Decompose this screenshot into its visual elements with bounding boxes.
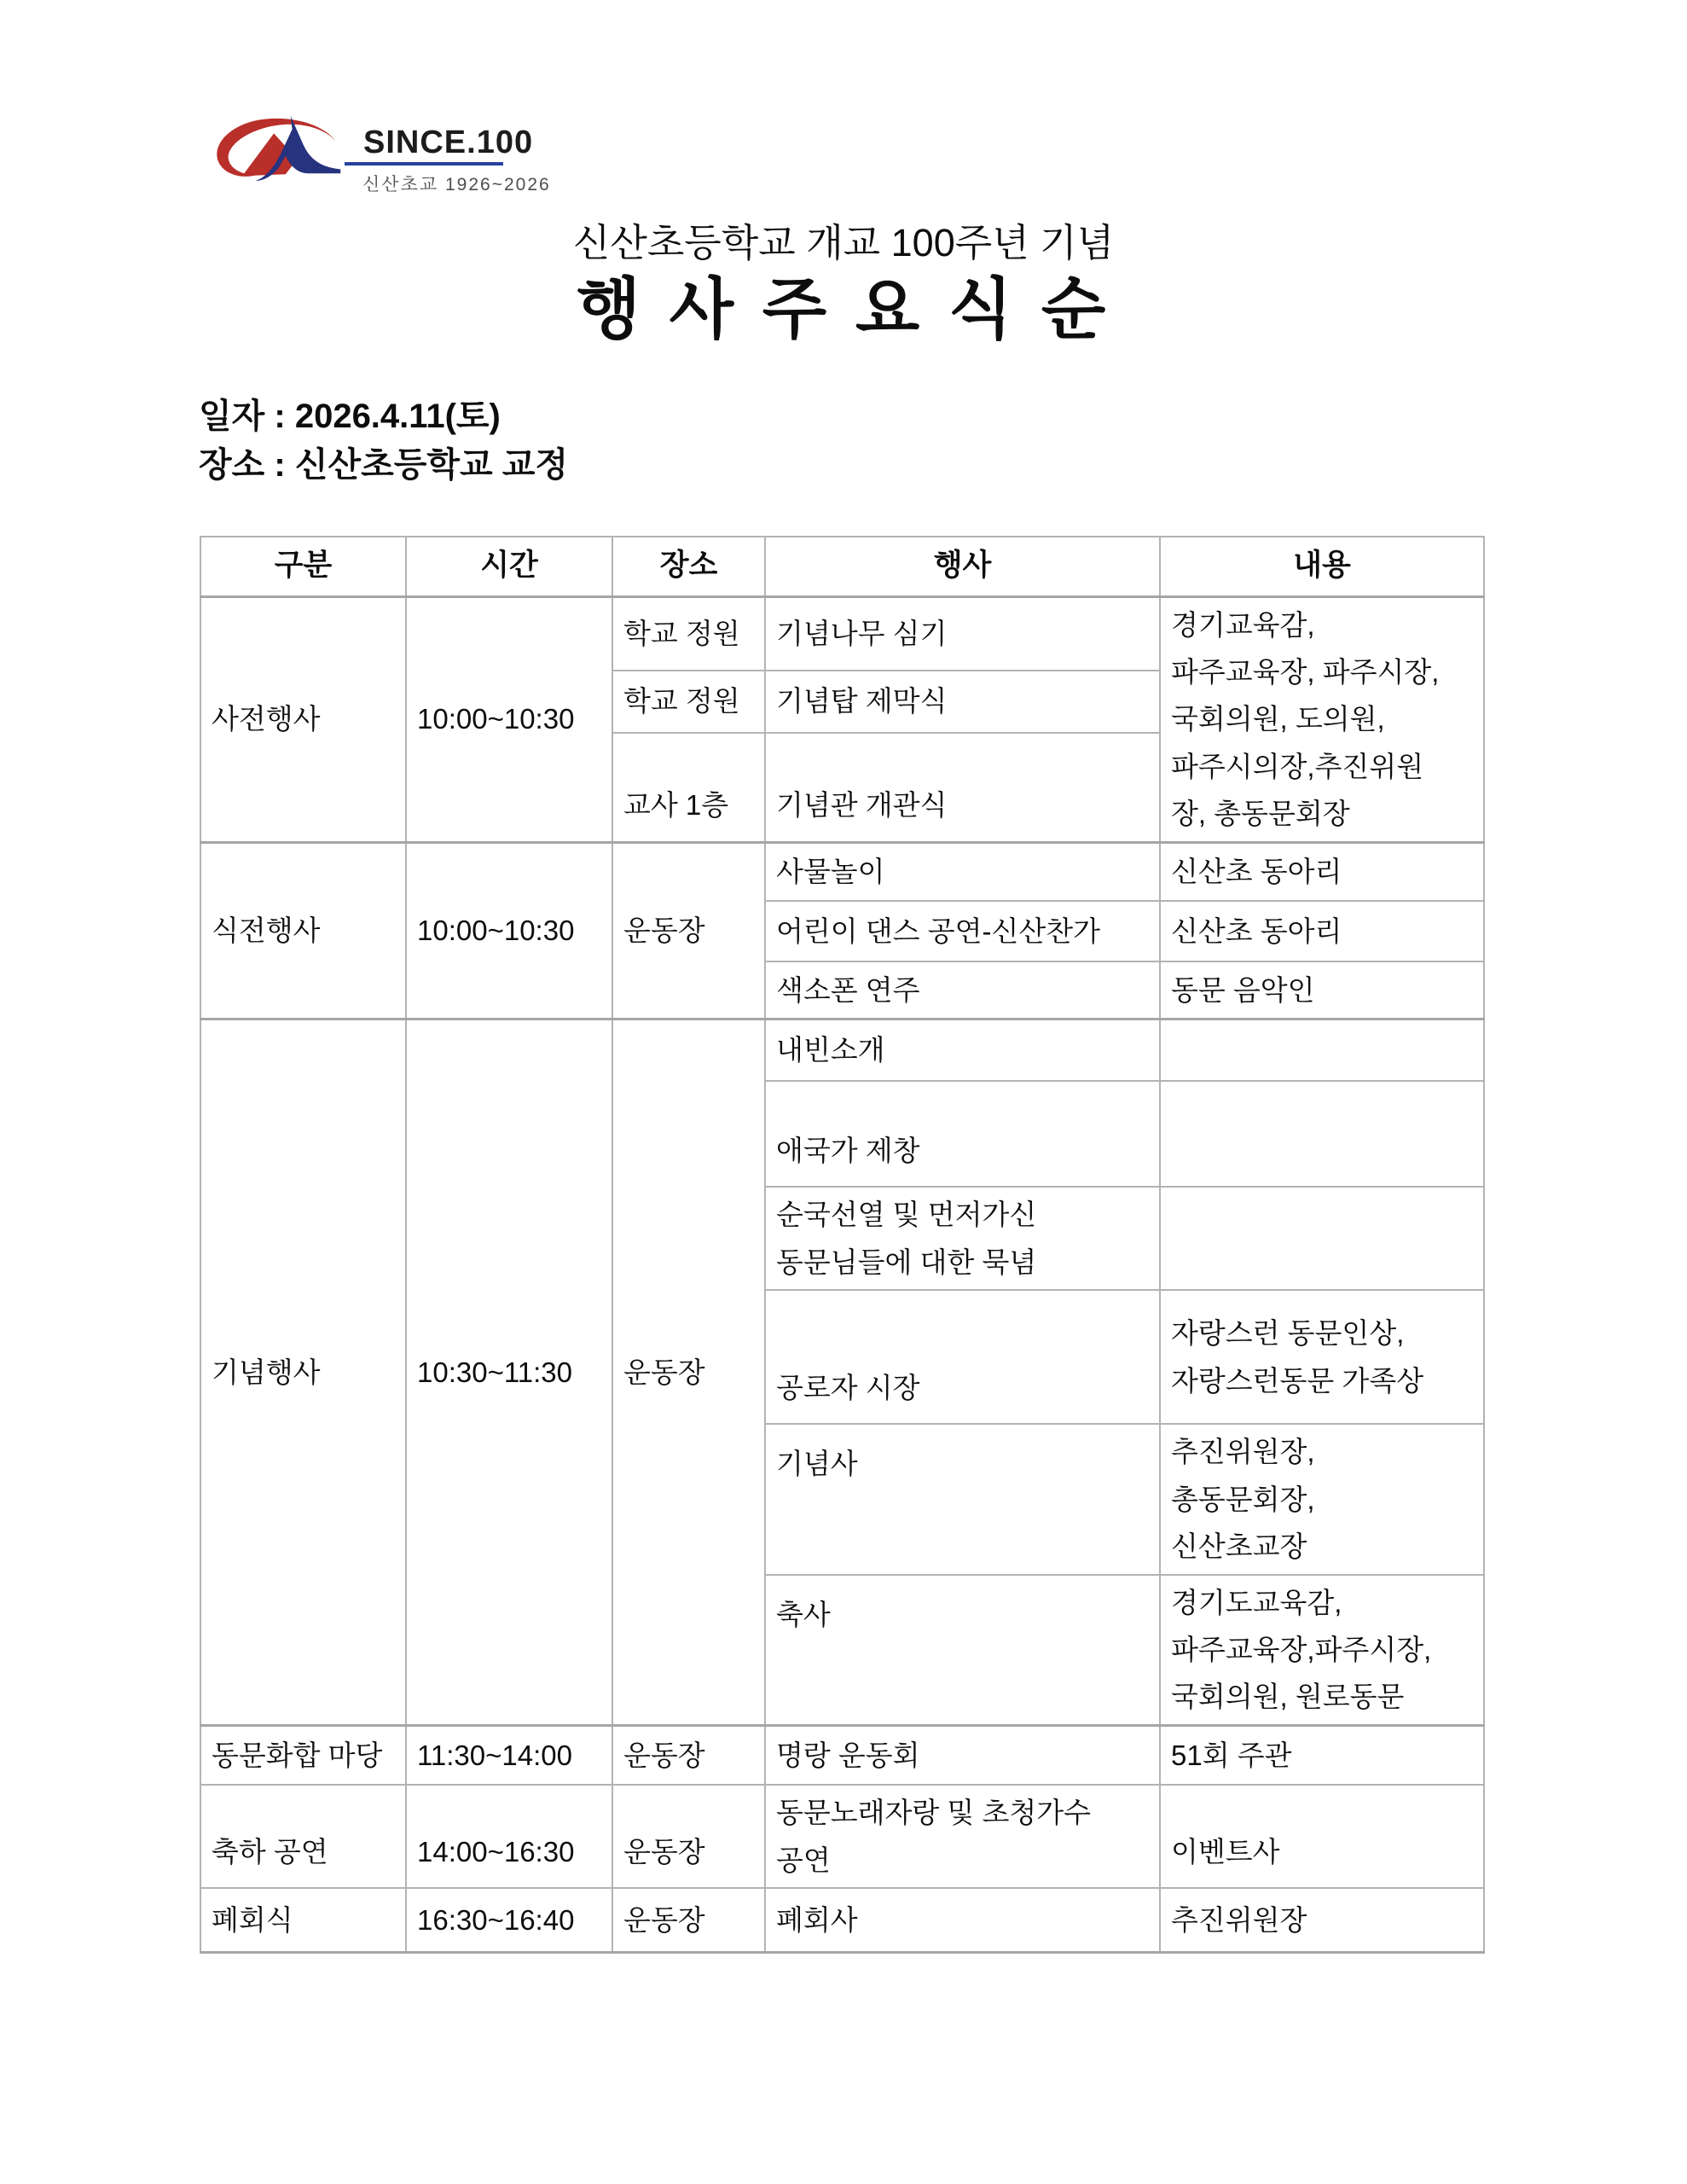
cell-category: 동문화합 마당 (200, 1725, 406, 1785)
table-row: 기념행사 10:30~11:30 운동장 내빈소개 (200, 1019, 1484, 1081)
cell-category: 축하 공연 (200, 1785, 406, 1888)
cell-event: 축사 (765, 1575, 1160, 1726)
event-place-line: 장소 : 신산초등학교 교정 (199, 441, 568, 490)
cell-time: 14:00~16:30 (406, 1785, 612, 1888)
column-header-content: 내용 (1160, 537, 1484, 596)
cell-event: 애국가 제창 (765, 1081, 1160, 1187)
table-row: 식전행사 10:00~10:30 운동장 사물놀이 신산초 동아리 (200, 842, 1484, 901)
cell-event: 순국선열 및 먼저가신 동문님들에 대한 묵념 (765, 1187, 1160, 1290)
cell-place: 운동장 (612, 1725, 765, 1785)
cell-place: 운동장 (612, 1019, 765, 1725)
cell-place: 교사 1층 (612, 733, 765, 842)
cell-event: 공로자 시장 (765, 1290, 1160, 1424)
column-header-time: 시간 (406, 537, 612, 596)
cell-content: 추진위원장 (1160, 1888, 1484, 1952)
table-row: 사전행사 10:00~10:30 학교 정원 기념나무 심기 경기교육감, 파주… (200, 596, 1484, 671)
cell-category: 식전행사 (200, 842, 406, 1019)
cell-category: 폐회식 (200, 1888, 406, 1952)
cell-content (1160, 1081, 1484, 1187)
cell-content: 동문 음악인 (1160, 961, 1484, 1019)
cell-time: 10:30~11:30 (406, 1019, 612, 1725)
column-header-event: 행사 (765, 537, 1160, 596)
cell-event: 내빈소개 (765, 1019, 1160, 1081)
column-header-category: 구분 (200, 537, 406, 596)
cell-content: 자랑스런 동문인상, 자랑스런동문 가족상 (1160, 1290, 1484, 1424)
cell-place: 운동장 (612, 1785, 765, 1888)
table-header-row: 구분 시간 장소 행사 내용 (200, 537, 1484, 596)
cell-place: 학교 정원 (612, 671, 765, 733)
table-row: 폐회식 16:30~16:40 운동장 폐회사 추진위원장 (200, 1888, 1484, 1952)
cell-event: 명랑 운동회 (765, 1725, 1160, 1785)
cell-place: 운동장 (612, 842, 765, 1019)
cell-event: 기념나무 심기 (765, 596, 1160, 671)
cell-content: 추진위원장, 총동문회장, 신산초교장 (1160, 1424, 1484, 1574)
cell-content (1160, 1019, 1484, 1081)
cell-place: 학교 정원 (612, 596, 765, 671)
table-row: 축하 공연 14:00~16:30 운동장 동문노래자랑 및 초청가수 공연 이… (200, 1785, 1484, 1888)
cell-event: 사물놀이 (765, 842, 1160, 901)
cell-content: 이벤트사 (1160, 1785, 1484, 1888)
cell-content: 경기교육감, 파주교육장, 파주시장, 국회의원, 도의원, 파주시의장,추진위… (1160, 596, 1484, 842)
cell-content: 신산초 동아리 (1160, 901, 1484, 961)
cell-event: 어린이 댄스 공연-신산찬가 (765, 901, 1160, 961)
cell-content: 경기도교육감, 파주교육장,파주시장, 국회의원, 원로동문 (1160, 1575, 1484, 1726)
event-schedule-table: 구분 시간 장소 행사 내용 사전행사 10:00~10:30 학교 정원 기념… (200, 536, 1485, 1954)
cell-content (1160, 1187, 1484, 1290)
cell-category: 사전행사 (200, 596, 406, 842)
cell-time: 16:30~16:40 (406, 1888, 612, 1952)
cell-event: 동문노래자랑 및 초청가수 공연 (765, 1785, 1160, 1888)
school-100th-logo: SINCE.100 신산초교 1926~2026 (212, 107, 519, 196)
cell-category: 기념행사 (200, 1019, 406, 1725)
cell-content: 51회 주관 (1160, 1725, 1484, 1785)
cell-place: 운동장 (612, 1888, 765, 1952)
event-date-line: 일자 : 2026.4.11(토) (199, 392, 568, 441)
cell-event: 폐회사 (765, 1888, 1160, 1952)
cell-event: 기념관 개관식 (765, 733, 1160, 842)
cell-time: 10:00~10:30 (406, 842, 612, 1019)
document-title: 행 사 주 요 식 순 (0, 256, 1687, 351)
cell-time: 11:30~14:00 (406, 1725, 612, 1785)
event-info-block: 일자 : 2026.4.11(토) 장소 : 신산초등학교 교정 (199, 392, 568, 490)
cell-event: 기념탑 제막식 (765, 671, 1160, 733)
cell-event: 기념사 (765, 1424, 1160, 1574)
cell-event: 색소폰 연주 (765, 961, 1160, 1019)
logo-school-years-text: 신산초교 1926~2026 (362, 171, 551, 196)
logo-blue-rule (345, 162, 503, 166)
table-row: 동문화합 마당 11:30~14:00 운동장 명랑 운동회 51회 주관 (200, 1725, 1484, 1785)
cell-time: 10:00~10:30 (406, 596, 612, 842)
column-header-place: 장소 (612, 537, 765, 596)
cell-content: 신산초 동아리 (1160, 842, 1484, 901)
logo-since-text: SINCE.100 (363, 125, 533, 161)
mountain-swoosh-logo-icon (212, 113, 346, 183)
